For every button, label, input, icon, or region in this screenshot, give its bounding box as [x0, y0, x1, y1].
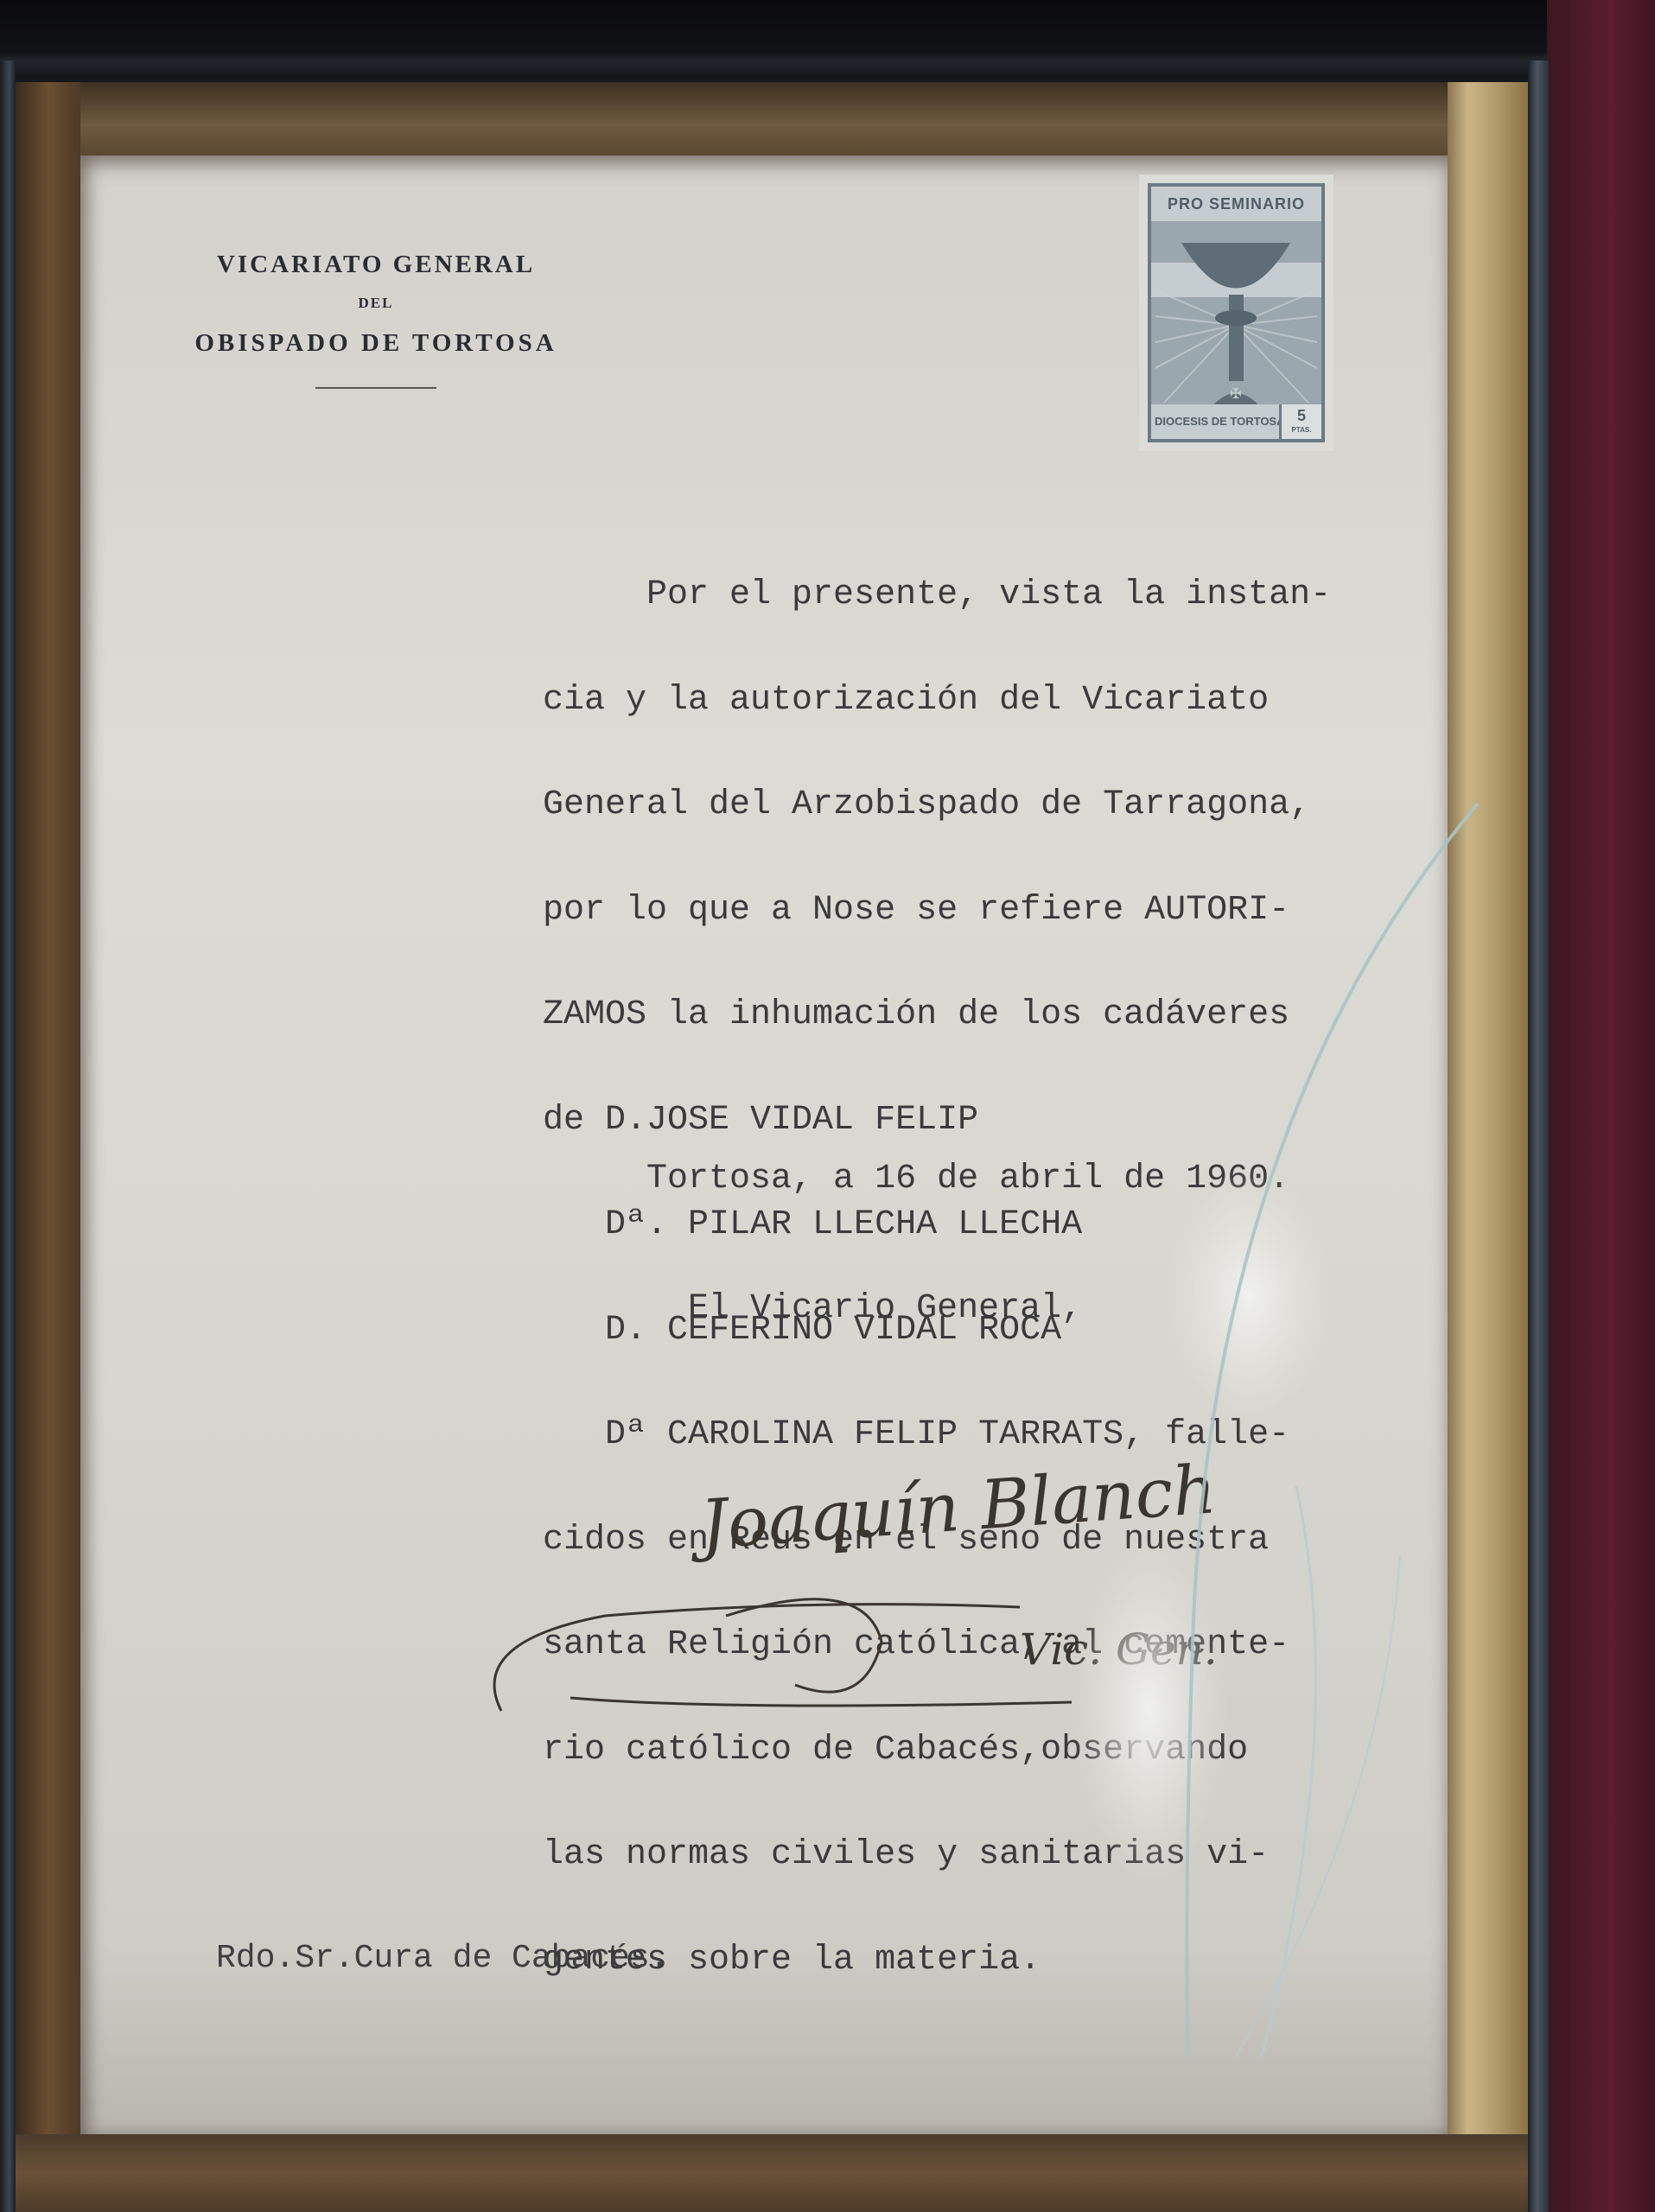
body-line: Dª CAROLINA FELIP TARRATS, falle-	[543, 1418, 1459, 1453]
seminary-stamp: ✠ PRO SEMINARIO DIOCESIS DE TORTOSA 5 PT…	[1139, 175, 1334, 451]
body-line: gentes sobre la materia.	[543, 1943, 1459, 1979]
letterhead-line-3: OBISPADO DE TORTOSA	[151, 329, 601, 358]
stamp-frame: ✠ PRO SEMINARIO DIOCESIS DE TORTOSA 5 PT…	[1148, 183, 1325, 442]
body-line: Por el presente, vista la instan-	[543, 578, 1459, 613]
stamp-value-number: 5	[1297, 407, 1306, 424]
letterhead: VICARIATO GENERAL DEL OBISPADO DE TORTOS…	[151, 251, 601, 389]
signature-title: Vic. Gen.	[1020, 1624, 1218, 1675]
body-line: rio católico de Cabacés,observando	[543, 1733, 1459, 1769]
body-line: General del Arzobispado de Tarragona,	[543, 788, 1459, 823]
place-date: Tortosa, a 16 de abril de 1960.	[543, 1158, 1289, 1201]
chalice-icon: ✠	[1151, 221, 1321, 420]
addressee: Rdo.Sr.Cura de Cabacés.	[216, 1940, 670, 1977]
gilt-moulding-bottom	[16, 2134, 1528, 2212]
stamp-value-unit: PTAS.	[1282, 427, 1321, 434]
signature-name: Joaquín Blanch	[698, 1451, 1219, 1564]
frame-maroon-panel	[1547, 0, 1655, 2212]
gilt-moulding-right	[1448, 82, 1528, 2212]
body-line: las normas civiles y sanitarias vi-	[543, 1838, 1459, 1873]
stamp-top-label: PRO SEMINARIO	[1151, 187, 1321, 221]
frame-steel-edge-left	[0, 60, 16, 2212]
gilt-moulding-left	[16, 82, 80, 2212]
frame-steel-edge-right	[1528, 60, 1549, 2212]
body-line: ZAMOS la inhumación de los cadáveres	[543, 998, 1459, 1033]
stamp-value: 5 PTAS.	[1279, 404, 1321, 439]
signatory-title: El Vicario General,	[543, 1287, 1289, 1331]
letterhead-line-2: DEL	[151, 295, 601, 312]
body-line: cia y la autorización del Vicariato	[543, 683, 1459, 719]
gilt-moulding-top	[16, 82, 1528, 160]
closing-block: Tortosa, a 16 de abril de 1960. El Vicar…	[543, 1071, 1289, 1374]
letterhead-line-1: VICARIATO GENERAL	[151, 251, 601, 279]
body-line: por lo que a Nose se refiere AUTORI-	[543, 893, 1459, 929]
handwritten-signature: Joaquín Blanch Vic. Gen.	[467, 1452, 1400, 1737]
svg-text:✠: ✠	[1230, 387, 1241, 402]
letterhead-rule	[315, 387, 436, 389]
